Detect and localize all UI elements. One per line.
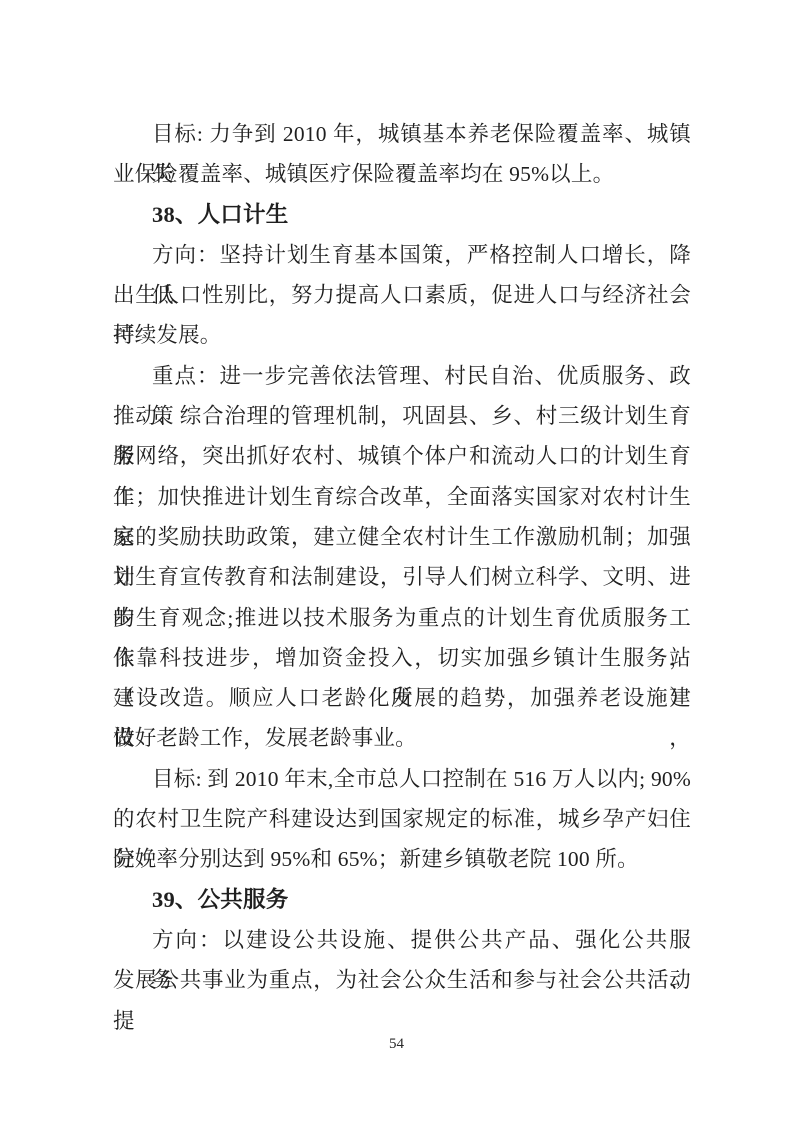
text-line: 推动、综合治理的管理机制，巩固县、乡、村三级计划生育服: [113, 396, 691, 436]
text-line: 目标: 到 2010 年末,全市总人口控制在 516 万人以内; 90%: [113, 759, 691, 799]
document-page: 目标: 力争到 2010 年，城镇基本养老保险覆盖率、城镇失业保险覆盖率、城镇医…: [0, 0, 793, 1122]
section-heading: 39、公共服务: [113, 880, 691, 920]
text-line: 庭的奖励扶助政策，建立健全农村计生工作激励机制；加强计: [113, 517, 691, 557]
text-line: 持续发展。: [113, 315, 691, 355]
text-line: 重点：进一步完善依法管理、村民自治、优质服务、政策: [113, 356, 691, 396]
section-heading: 38、人口计生: [113, 195, 691, 235]
text-line: 的生育观念;推进以技术服务为重点的计划生育优质服务工作，: [113, 598, 691, 638]
text-line: 建设改造。顺应人口老龄化发展的趋势，加强养老设施建设，: [113, 678, 691, 718]
text-line: 发展公共事业为重点，为社会公众生活和参与社会公共活动提: [113, 960, 691, 1000]
text-line: 作；加快推进计划生育综合改革，全面落实国家对农村计生家: [113, 477, 691, 517]
text-line: 方向：以建设公共设施、提供公共产品、强化公共服务、: [113, 920, 691, 960]
document-body: 目标: 力争到 2010 年，城镇基本养老保险覆盖率、城镇失业保险覆盖率、城镇医…: [113, 114, 691, 1001]
text-line: 的农村卫生院产科建设达到国家规定的标准，城乡孕产妇住院: [113, 799, 691, 839]
text-line: 划生育宣传教育和法制建设，引导人们树立科学、文明、进步: [113, 557, 691, 597]
text-line: 目标: 力争到 2010 年，城镇基本养老保险覆盖率、城镇失: [113, 114, 691, 154]
text-line: 分娩率分别达到 95%和 65%；新建乡镇敬老院 100 所。: [113, 839, 691, 879]
text-line: 方向：坚持计划生育基本国策，严格控制人口增长，降低: [113, 235, 691, 275]
page-number: 54: [0, 1034, 793, 1054]
text-line: 出生人口性别比，努力提高人口素质，促进人口与经济社会可: [113, 275, 691, 315]
text-line: 业保险覆盖率、城镇医疗保险覆盖率均在 95%以上。: [113, 154, 691, 194]
text-line: 务网络，突出抓好农村、城镇个体户和流动人口的计划生育工: [113, 436, 691, 476]
text-line: 依靠科技进步，增加资金投入，切实加强乡镇计生服务站（所）: [113, 638, 691, 678]
